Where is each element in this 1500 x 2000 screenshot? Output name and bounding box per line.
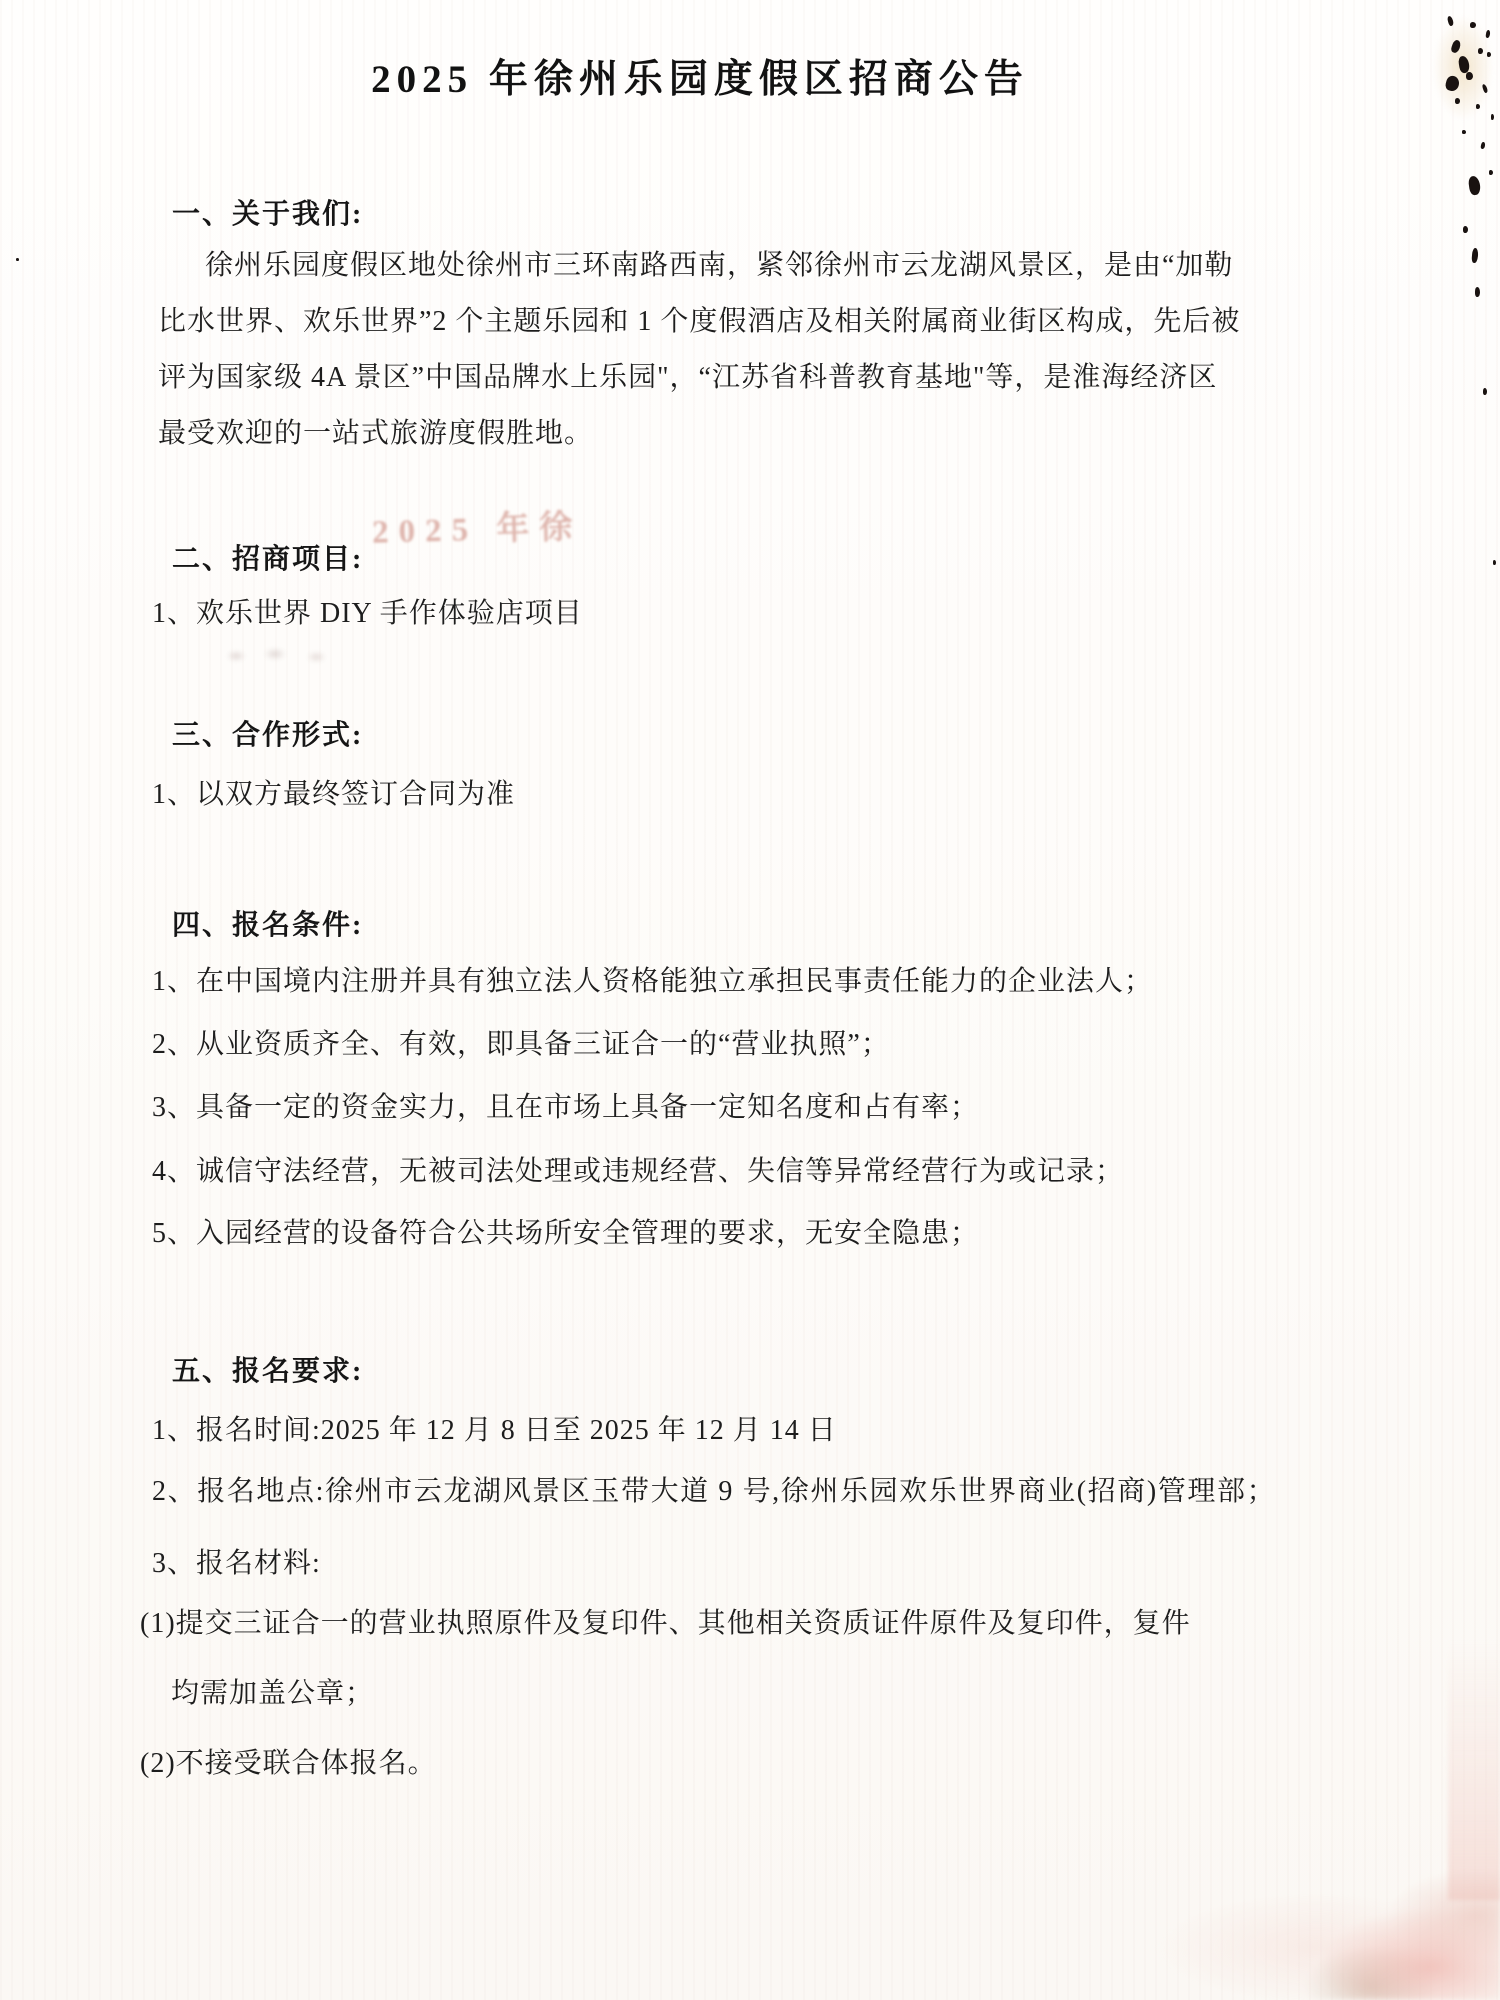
- ink-speck: [1478, 48, 1483, 54]
- conditions-item-3: 3、具备一定的资金实力，且在市场上具备一定知名度和占有率；: [152, 1085, 979, 1125]
- about-paragraph-line-4: 最受欢迎的一站式旅游度假胜地。: [158, 411, 593, 451]
- section-heading-cooperation: 三、合作形式:: [172, 713, 363, 753]
- ink-speck: [1493, 560, 1496, 565]
- document-title: 2025 年徐州乐园度假区招商公告: [0, 48, 1400, 104]
- ink-speck: [1455, 98, 1460, 104]
- ink-speck: [1487, 52, 1491, 57]
- materials-sub-item-1-line-2: 均需加盖公章；: [171, 1671, 374, 1711]
- stamp-remnant-smudge: [222, 646, 340, 666]
- conditions-item-4: 4、诚信守法经营，无被司法处理或违规经营、失信等异常经营行为或记录；: [152, 1149, 1124, 1189]
- ink-speck: [1470, 22, 1476, 28]
- conditions-item-2: 2、从业资质齐全、有效，即具备三证合一的“营业执照”；: [152, 1022, 890, 1062]
- ink-speck: [1468, 175, 1482, 195]
- conditions-item-1: 1、在中国境内注册并具有独立法人资格能独立承担民事责任能力的企业法人；: [152, 959, 1153, 999]
- ink-speck: [16, 258, 19, 261]
- about-paragraph-line-3: 评为国家级 4A 景区”中国品牌水上乐园"，“江苏省科普教育基地"等，是淮海经济…: [158, 355, 1217, 395]
- about-paragraph-line-2: 比水世界、欢乐世界”2 个主题乐园和 1 个度假酒店及相关附属商业街区构成，先后…: [158, 299, 1240, 339]
- cooperation-item-1: 1、以双方最终签订合同为准: [152, 772, 515, 812]
- ink-speck: [1476, 104, 1480, 109]
- ink-speck: [1491, 114, 1494, 120]
- section-heading-projects: 二、招商项目:: [172, 537, 363, 577]
- scanned-document-page: 2025 年徐州乐园度假区招商公告 一、关于我们: 徐州乐园度假区地处徐州市三环…: [0, 0, 1500, 2000]
- materials-sub-item-1-line-1: (1)提交三证合一的营业执照原件及复印件、其他相关资质证件原件及复印件，复件: [140, 1601, 1191, 1641]
- ink-speck: [1489, 170, 1493, 175]
- section-heading-application-conditions: 四、报名条件:: [172, 903, 363, 943]
- about-paragraph-line-1: 徐州乐园度假区地处徐州市三环南路西南，紧邻徐州市云龙湖风景区，是由“加勒: [205, 243, 1233, 283]
- date-stamp-watermark: 2025 年徐: [371, 500, 582, 552]
- requirements-item-2: 2、报名地点:徐州市云龙湖风景区玉带大道 9 号,徐州乐园欢乐世界商业(招商)管…: [152, 1469, 1276, 1509]
- scan-smudge-bottom-right: [1040, 1868, 1500, 2000]
- section-heading-application-requirements: 五、报名要求:: [172, 1349, 363, 1389]
- scan-smudge-right-edge: [1448, 1640, 1500, 1900]
- requirements-item-3: 3、报名材料:: [152, 1541, 321, 1581]
- ink-speck: [1462, 130, 1466, 134]
- section-heading-about: 一、关于我们:: [172, 192, 363, 232]
- ink-speck: [1466, 72, 1473, 80]
- materials-sub-item-2: (2)不接受联合体报名。: [140, 1741, 437, 1781]
- ink-speck: [1471, 248, 1478, 263]
- requirements-item-1: 1、报名时间:2025 年 12 月 8 日至 2025 年 12 月 14 日: [152, 1408, 837, 1448]
- conditions-item-5: 5、入园经营的设备符合公共场所安全管理的要求，无安全隐患；: [152, 1211, 979, 1251]
- projects-item-1: 1、欢乐世界 DIY 手作体验店项目: [152, 591, 583, 631]
- ink-speck: [1475, 287, 1480, 297]
- ink-speck: [1463, 226, 1468, 233]
- ink-speck: [1483, 388, 1487, 395]
